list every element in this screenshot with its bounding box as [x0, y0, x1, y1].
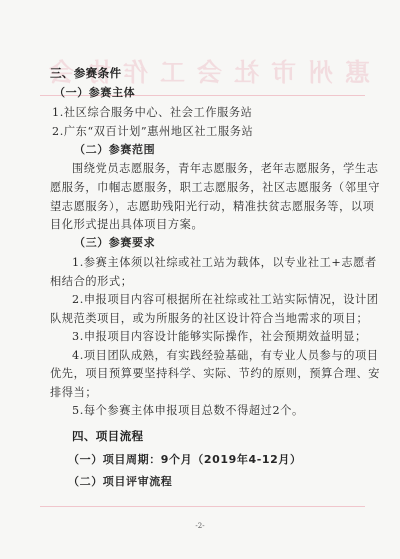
requirement-line: 相结合的形式；	[50, 275, 360, 289]
requirement-line: 3.申报项目内容设计能够实际操作，社会预期效益明显；	[72, 330, 360, 344]
footer-divider	[40, 506, 365, 507]
requirement-line: 2.申报项目内容可根据所在社综或社工站实际情况，设计团	[72, 293, 360, 307]
section-3-title: 三、参赛条件	[50, 66, 360, 80]
participant-item-2: 2.广东“双百计划”惠州地区社工服务站	[52, 125, 362, 139]
scope-paragraph-line: 围绕党员志愿服务，青年志愿服务，老年志愿服务，学生志	[72, 162, 360, 176]
document-page: 惠州市社会工作协会 三、参赛条件 （一）参赛主体 1.社区综合服务中心、社会工作…	[0, 0, 400, 559]
requirement-line: 5.每个参赛主体申报项目总数不得超过2个。	[72, 404, 360, 418]
section-3-2-title: （二）参赛范围	[74, 143, 384, 157]
requirement-line: 优先，项目预算要坚持科学、实际、节约的原则，预算合理、安	[50, 367, 360, 381]
section-4-title: 四、项目流程	[72, 429, 382, 443]
scope-paragraph-line: 望志愿服务），志愿助残阳光行动，精准扶贫志愿服务等，以项	[50, 200, 360, 214]
section-3-3-title: （三）参赛要求	[74, 236, 384, 250]
participant-item-1: 1.社区综合服务中心、社会工作服务站	[52, 106, 362, 120]
section-4-1-title: （一）项目周期：9个月（2019年4-12月）	[68, 453, 378, 467]
scope-paragraph-line: 愿服务，巾帼志愿服务，职工志愿服务，社区志愿服务（邻里守	[50, 181, 360, 195]
requirement-line: 队规范类项目，或为所服务的社区设计符合当地需求的项目；	[50, 312, 360, 326]
requirement-line: 排得当；	[50, 386, 360, 400]
requirement-line: 1.参赛主体须以社综或社工站为载体，以专业社工+志愿者	[72, 256, 360, 270]
page-number: -2-	[0, 522, 400, 530]
requirement-line: 4.项目团队成熟，有实践经验基础，有专业人员参与的项目	[72, 349, 360, 363]
section-4-2-title: （二）项目评审流程	[68, 475, 378, 489]
section-3-1-title: （一）参赛主体	[54, 86, 364, 100]
scope-paragraph-line: 目化形式提出具体项目方案。	[50, 218, 360, 232]
